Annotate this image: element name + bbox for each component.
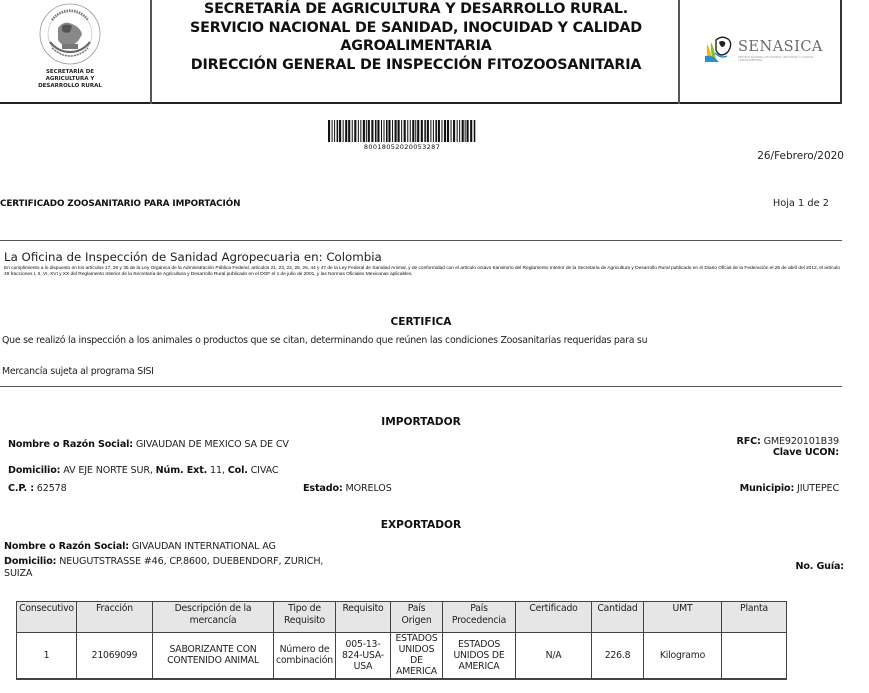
- importer-cp-label: C.P. :: [8, 483, 34, 494]
- cell-certificado: N/A: [516, 633, 592, 679]
- cell-fraccion: 21069099: [77, 633, 153, 679]
- importer-municipality-label: Municipio:: [740, 483, 795, 494]
- header-title-line: SECRETARÍA DE AGRICULTURA Y DESARROLLO R…: [152, 0, 680, 19]
- exporter-address-country: SUIZA: [4, 568, 323, 580]
- importer-name-field: Nombre o Razón Social: GIVAUDAN DE MEXIC…: [8, 439, 289, 450]
- cell-pais-origen: ESTADOS UNIDOS DE AMERICA: [391, 633, 443, 679]
- importer-rfc-label: RFC:: [736, 436, 760, 447]
- sader-caption-line: SECRETARÍA DE: [0, 69, 140, 76]
- divider: [0, 240, 842, 241]
- importer-cp-value: 62578: [37, 483, 67, 494]
- importer-ucon-label: Clave UCON:: [773, 447, 839, 458]
- divider: [0, 386, 842, 387]
- sader-logo-block: SECRETARÍA DE AGRICULTURA Y DESARROLLO R…: [0, 0, 152, 104]
- sader-caption-line: AGRICULTURA Y: [0, 76, 140, 83]
- document-title: CERTIFICADO ZOOSANITARIO PARA IMPORTACIÓ…: [0, 199, 240, 209]
- importer-col-value: CIVAC: [251, 465, 279, 476]
- column-header: Tipo de Requisito: [274, 602, 336, 633]
- certifica-body: Que se realizó la inspección a los anima…: [2, 335, 647, 346]
- cell-umt: Kilogramo: [644, 633, 722, 679]
- column-header: País Origen: [391, 602, 443, 633]
- importer-state-label: Estado:: [303, 483, 343, 494]
- cell-pais-procedencia: ESTADOS UNIDOS DE AMERICA: [443, 633, 516, 679]
- column-header: Fracción: [77, 602, 153, 633]
- sader-logo-caption: SECRETARÍA DE AGRICULTURA Y DESARROLLO R…: [0, 69, 140, 90]
- cell-descripcion: SABORIZANTE CON CONTENIDO ANIMAL: [153, 633, 274, 679]
- issue-date: 26/Febrero/2020: [757, 150, 844, 162]
- legal-basis-text: En cumplimiento a lo dispuesto en los ar…: [4, 266, 842, 278]
- page-indicator: Hoja 1 de 2: [773, 198, 829, 209]
- document-header: SECRETARÍA DE AGRICULTURA Y DESARROLLO R…: [0, 0, 842, 104]
- importer-state-value: MORELOS: [345, 483, 391, 494]
- inspection-office: La Oficina de Inspección de Sanidad Agro…: [4, 250, 382, 264]
- exporter-name-value: GIVAUDAN INTERNATIONAL AG: [132, 541, 276, 552]
- sader-caption-line: DESARROLLO RURAL: [0, 83, 140, 90]
- importer-name-value: GIVAUDAN DE MEXICO SA DE CV: [136, 439, 289, 450]
- importer-name-label: Nombre o Razón Social:: [8, 439, 133, 450]
- barcode-icon: [328, 120, 476, 142]
- senasica-subtitle: SERVICIO NACIONAL DE SANIDAD, INOCUIDAD …: [738, 56, 833, 62]
- column-header: Certificado: [516, 602, 592, 633]
- senasica-logo-icon: [704, 36, 736, 64]
- importer-ext-label: Núm. Ext.: [156, 465, 207, 476]
- exporter-address-field: Domicilio: NEUGUTSTRASSE #46, CP.8600, D…: [4, 556, 323, 579]
- importer-address-field: Domicilio: AV EJE NORTE SUR, Núm. Ext. 1…: [8, 465, 278, 476]
- importer-address-label: Domicilio:: [8, 465, 60, 476]
- column-header: Planta: [722, 602, 787, 633]
- table-row: 1 21069099 SABORIZANTE CON CONTENIDO ANI…: [17, 633, 787, 679]
- goods-table: Consecutivo Fracción Descripción de la m…: [16, 601, 787, 680]
- importer-heading: IMPORTADOR: [0, 416, 842, 428]
- program-note: Mercancía sujeta al programa SISI: [2, 366, 154, 377]
- senasica-wordmark: SENASICA: [738, 39, 823, 55]
- exporter-name-label: Nombre o Razón Social:: [4, 541, 129, 552]
- header-title-line: SERVICIO NACIONAL DE SANIDAD, INOCUIDAD …: [152, 19, 680, 38]
- header-title: SECRETARÍA DE AGRICULTURA Y DESARROLLO R…: [152, 0, 680, 74]
- header-title-line: DIRECCIÓN GENERAL DE INSPECCIÓN FITOZOOS…: [152, 56, 680, 75]
- importer-rfc-value: GME920101B39: [764, 436, 839, 447]
- importer-municipality-field: Municipio: JIUTEPEC: [740, 483, 839, 494]
- exporter-address-value: NEUGUTSTRASSE #46, CP.8600, DUEBENDORF, …: [59, 556, 323, 567]
- exporter-address-label: Domicilio:: [4, 556, 56, 567]
- exporter-guide-label: No. Guía:: [795, 561, 844, 572]
- barcode-number: 80018052020053287: [328, 143, 476, 151]
- column-header: UMT: [644, 602, 722, 633]
- header-title-line: AGROALIMENTARIA: [152, 37, 680, 56]
- column-header: Cantidad: [592, 602, 644, 633]
- mexican-coat-of-arms-seal-icon: [38, 2, 102, 66]
- exporter-guide-field: No. Guía:: [795, 561, 844, 572]
- importer-ext-value: 11,: [210, 465, 225, 476]
- exporter-name-field: Nombre o Razón Social: GIVAUDAN INTERNAT…: [4, 541, 276, 552]
- importer-address-value: AV EJE NORTE SUR,: [63, 465, 153, 476]
- importer-cp-field: C.P. : 62578: [8, 483, 67, 494]
- column-header: Descripción de la mercancía: [153, 602, 274, 633]
- cell-tipo-requisito: Número de combinación: [274, 633, 336, 679]
- goods-table-header-row: Consecutivo Fracción Descripción de la m…: [17, 602, 787, 633]
- cell-requisito: 005-13-824-USA-USA: [336, 633, 391, 679]
- cell-planta: [722, 633, 787, 679]
- importer-municipality-value: JIUTEPEC: [797, 483, 839, 494]
- importer-rfc-field: RFC: GME920101B39 Clave UCON:: [736, 436, 839, 458]
- column-header: País Procedencia: [443, 602, 516, 633]
- cell-consecutivo: 1: [17, 633, 77, 679]
- cell-cantidad: 226.8: [592, 633, 644, 679]
- certifica-heading: CERTIFICA: [0, 316, 842, 328]
- senasica-logo: SENASICA SERVICIO NACIONAL DE SANIDAD, I…: [704, 36, 834, 64]
- importer-state-field: Estado: MORELOS: [303, 483, 392, 494]
- senasica-logo-block: SENASICA SERVICIO NACIONAL DE SANIDAD, I…: [680, 0, 842, 104]
- importer-col-label: Col.: [228, 465, 248, 476]
- header-title-block: SECRETARÍA DE AGRICULTURA Y DESARROLLO R…: [152, 0, 680, 104]
- column-header: Consecutivo: [17, 602, 77, 633]
- exporter-heading: EXPORTADOR: [0, 519, 842, 531]
- column-header: Requisito: [336, 602, 391, 633]
